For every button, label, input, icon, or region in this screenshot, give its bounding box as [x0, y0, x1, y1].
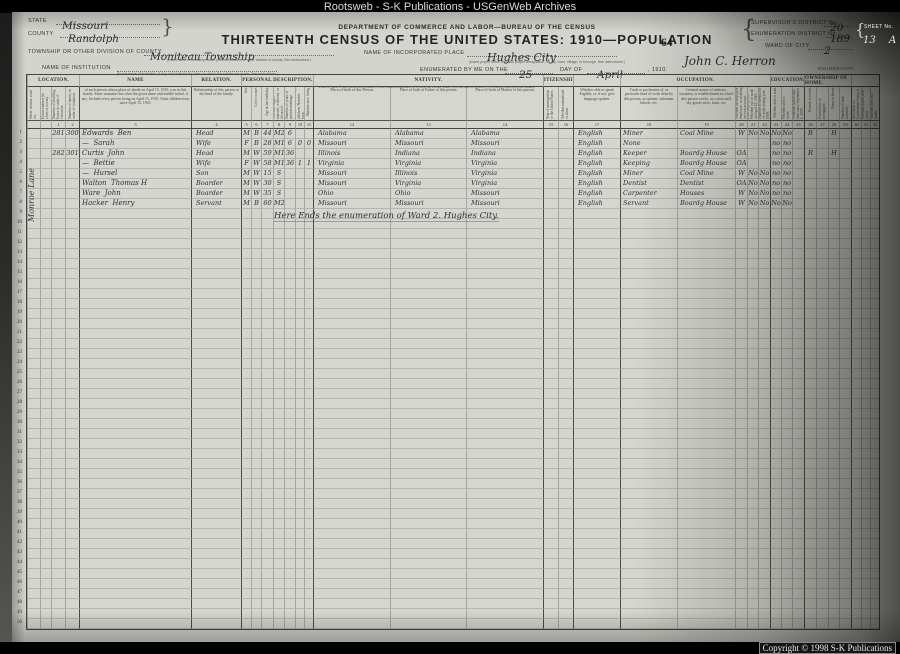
- cell: [65, 609, 79, 619]
- cell: [313, 449, 390, 459]
- cell: [573, 279, 620, 289]
- column-description: Whether a survivor of the Union or Confe…: [851, 87, 861, 121]
- row-number: 33: [12, 448, 24, 458]
- row-number: 39: [12, 508, 24, 518]
- cell: [770, 509, 781, 519]
- cell: [804, 489, 816, 499]
- cell: R: [804, 129, 816, 139]
- cell: [870, 609, 879, 619]
- cell: [870, 189, 879, 199]
- cell: [573, 319, 620, 329]
- cell: [284, 479, 295, 489]
- cell: [79, 429, 191, 439]
- cell: [51, 359, 65, 369]
- cell: [828, 309, 839, 319]
- cell: [816, 499, 828, 509]
- cell: M1: [273, 149, 284, 159]
- cell: [677, 509, 735, 519]
- cell: [781, 269, 792, 279]
- cell: [313, 459, 390, 469]
- cell: [27, 549, 40, 559]
- cell: Miner: [620, 169, 677, 179]
- cell: Ohio: [313, 189, 390, 199]
- cell: [792, 129, 804, 139]
- cell: [295, 589, 304, 599]
- cell: [191, 539, 241, 549]
- census-sheet: STATE Missouri COUNTY Randolph } TOWNSHI…: [12, 12, 900, 642]
- cell: [40, 349, 51, 359]
- cell: [241, 229, 251, 239]
- row-number: 15: [12, 268, 24, 278]
- left-block-brace: }: [161, 14, 174, 38]
- column-description: Number of family in order of visitation.: [65, 87, 79, 121]
- cell: [677, 359, 735, 369]
- cell: [40, 319, 51, 329]
- cell: [51, 379, 65, 389]
- row-number: 50: [12, 618, 24, 628]
- column-description: Farm or house.: [828, 87, 839, 121]
- cell: [40, 609, 51, 619]
- cell: [40, 599, 51, 609]
- cell: H: [828, 129, 839, 139]
- cell: [851, 259, 861, 269]
- cell: [620, 419, 677, 429]
- cell: English: [573, 129, 620, 139]
- cell: [804, 619, 816, 629]
- cell: [804, 459, 816, 469]
- cell: [284, 329, 295, 339]
- row-number: 11: [12, 228, 24, 238]
- cell: [735, 289, 747, 299]
- cell: [735, 379, 747, 389]
- cell: [870, 149, 879, 159]
- cell: [51, 179, 65, 189]
- cell: [770, 269, 781, 279]
- cell: [851, 419, 861, 429]
- cell: [261, 559, 273, 569]
- cell: [677, 599, 735, 609]
- cell: [304, 379, 313, 389]
- cell: [241, 489, 251, 499]
- cell: [390, 319, 466, 329]
- cell: [79, 239, 191, 249]
- cell: [284, 259, 295, 269]
- cell: [284, 169, 295, 179]
- cell: [573, 519, 620, 529]
- cell: [861, 349, 870, 359]
- cell: M: [241, 199, 251, 209]
- cell: [573, 449, 620, 459]
- cell: [466, 509, 543, 519]
- cell: [27, 319, 40, 329]
- cell: [51, 479, 65, 489]
- cell: [295, 419, 304, 429]
- ward-value: 2: [824, 45, 831, 57]
- cell: no: [781, 189, 792, 199]
- cell: English: [573, 189, 620, 199]
- cell: [295, 189, 304, 199]
- state-label: STATE: [28, 18, 47, 24]
- cell: [251, 259, 261, 269]
- cell: [273, 339, 284, 349]
- cell: [851, 549, 861, 559]
- cell: [677, 249, 735, 259]
- cell: [313, 619, 390, 629]
- cell: [620, 469, 677, 479]
- column-description: General nature of industry, business, or…: [677, 87, 735, 121]
- cell: [804, 159, 816, 169]
- row-number: 46: [12, 578, 24, 588]
- row-number: 42: [12, 538, 24, 548]
- cell: [747, 539, 758, 549]
- cell: [770, 319, 781, 329]
- cell: [839, 539, 851, 549]
- cell: [65, 519, 79, 529]
- cell: [870, 339, 879, 349]
- cell: [770, 599, 781, 609]
- cell: [747, 409, 758, 419]
- page-stamp: 64: [661, 37, 673, 49]
- cell: [816, 419, 828, 429]
- cell: [191, 259, 241, 269]
- cell: [870, 469, 879, 479]
- cell: [770, 349, 781, 359]
- cell: 282: [51, 149, 65, 159]
- cell: [851, 129, 861, 139]
- cell: [40, 259, 51, 269]
- cell: W: [251, 189, 261, 199]
- cell: [816, 219, 828, 229]
- cell: [804, 319, 816, 329]
- enumerated-month-field: April: [587, 64, 645, 74]
- cell: [870, 299, 879, 309]
- cell: [191, 399, 241, 409]
- cell: [27, 299, 40, 309]
- column-number: 23: [770, 121, 781, 129]
- cell: [770, 549, 781, 559]
- cell: [313, 569, 390, 579]
- cell: M: [241, 129, 251, 139]
- cell: [735, 399, 747, 409]
- cell: [816, 309, 828, 319]
- cell: [770, 519, 781, 529]
- column-group-header: OCCUPATION.: [620, 75, 770, 87]
- cell: [466, 269, 543, 279]
- cell: [816, 199, 828, 209]
- cell: [758, 359, 770, 369]
- cell: [251, 359, 261, 369]
- column-number: 3: [79, 121, 191, 129]
- cell: [781, 539, 792, 549]
- cell: [816, 179, 828, 189]
- cell: [40, 419, 51, 429]
- cell: [241, 549, 251, 559]
- cell: [620, 239, 677, 249]
- cell: [51, 199, 65, 209]
- cell: [816, 449, 828, 459]
- cell: [295, 309, 304, 319]
- cell: [261, 469, 273, 479]
- column-group-header: RELATION.: [191, 75, 241, 87]
- cell: F: [241, 159, 251, 169]
- cell: Keeper: [620, 149, 677, 159]
- cell: [792, 619, 804, 629]
- cell: [304, 299, 313, 309]
- place-field: Hughes City: [467, 47, 617, 57]
- cell: [284, 299, 295, 309]
- cell: [861, 529, 870, 539]
- cell: [620, 209, 677, 219]
- cell: [804, 419, 816, 429]
- cell: [839, 609, 851, 619]
- cell: [466, 299, 543, 309]
- cell: [466, 379, 543, 389]
- cell: [735, 459, 747, 469]
- cell: [839, 189, 851, 199]
- cell: 301: [65, 149, 79, 159]
- cell: [543, 499, 558, 509]
- cell: [839, 519, 851, 529]
- cell: W: [251, 159, 261, 169]
- cell: [735, 529, 747, 539]
- cell: [261, 599, 273, 609]
- cell: [851, 159, 861, 169]
- cell: [758, 339, 770, 349]
- cell: [40, 279, 51, 289]
- cell: [573, 579, 620, 589]
- cell: [828, 229, 839, 239]
- cell: [851, 319, 861, 329]
- cell: [677, 519, 735, 529]
- cell: [543, 239, 558, 249]
- cell: [273, 359, 284, 369]
- column-number: 19: [677, 121, 735, 129]
- cell: [620, 279, 677, 289]
- cell: [558, 229, 573, 239]
- cell: [828, 339, 839, 349]
- cell: no: [770, 139, 781, 149]
- cell: [313, 409, 390, 419]
- cell: [273, 249, 284, 259]
- cell: [251, 239, 261, 249]
- cell: [839, 249, 851, 259]
- cell: [781, 299, 792, 309]
- cell: [313, 539, 390, 549]
- cell: [390, 389, 466, 399]
- cell: [861, 169, 870, 179]
- cell: [191, 419, 241, 429]
- cell: [295, 239, 304, 249]
- cell: [273, 439, 284, 449]
- cell: [261, 349, 273, 359]
- cell: [65, 599, 79, 609]
- cell: [304, 409, 313, 419]
- cell: [40, 479, 51, 489]
- cell: W: [251, 179, 261, 189]
- cell: Indiana: [466, 149, 543, 159]
- cell: [65, 489, 79, 499]
- cell: [313, 559, 390, 569]
- cell: [304, 129, 313, 139]
- cell: [466, 579, 543, 589]
- cell: [861, 279, 870, 289]
- cell: [390, 269, 466, 279]
- cell: [677, 279, 735, 289]
- cell: M1: [273, 159, 284, 169]
- cell: [251, 529, 261, 539]
- cell: [851, 199, 861, 209]
- cell: [27, 589, 40, 599]
- cell: [273, 599, 284, 609]
- row-number: 1: [12, 128, 24, 138]
- cell: [27, 359, 40, 369]
- cell: [27, 569, 40, 579]
- column-description: Number of dwelling house in order of vis…: [51, 87, 65, 121]
- cell: [781, 379, 792, 389]
- cell: No: [758, 129, 770, 139]
- row-number: 6: [12, 178, 24, 188]
- cell: [677, 469, 735, 479]
- cell: [295, 379, 304, 389]
- cell: [677, 269, 735, 279]
- cell: [792, 599, 804, 609]
- cell: [792, 209, 804, 219]
- cell: [677, 379, 735, 389]
- cell: [295, 599, 304, 609]
- cell: [40, 469, 51, 479]
- cell: [390, 229, 466, 239]
- cell: [804, 519, 816, 529]
- row-number: 7: [12, 188, 24, 198]
- cell: [466, 499, 543, 509]
- cell: [304, 169, 313, 179]
- cell: [261, 549, 273, 559]
- column-group-header: EDUCATION.: [770, 75, 804, 87]
- cell: [466, 549, 543, 559]
- cell: [390, 329, 466, 339]
- cell: [304, 189, 313, 199]
- row-number: 31: [12, 428, 24, 438]
- cell: [870, 509, 879, 519]
- cell: [677, 219, 735, 229]
- column-group-header: CITIZENSHIP.: [543, 75, 573, 87]
- cell: [273, 459, 284, 469]
- cell: [543, 129, 558, 139]
- cell: [839, 349, 851, 359]
- cell: [735, 519, 747, 529]
- column-group-header: NAME: [79, 75, 191, 87]
- cell: Missouri: [390, 139, 466, 149]
- cell: [543, 469, 558, 479]
- cell: [747, 259, 758, 269]
- cell: [861, 309, 870, 319]
- cell: [273, 389, 284, 399]
- cell: [51, 169, 65, 179]
- cell: [735, 469, 747, 479]
- column-number: 27: [816, 121, 828, 129]
- cell: [313, 279, 390, 289]
- cell: [251, 499, 261, 509]
- cell: [851, 529, 861, 539]
- row-number: 28: [12, 398, 24, 408]
- cell: [770, 209, 781, 219]
- cell: [241, 219, 251, 229]
- cell: [781, 589, 792, 599]
- cell: M2: [273, 129, 284, 139]
- cell: [273, 559, 284, 569]
- cell: [65, 619, 79, 629]
- cell: [273, 569, 284, 579]
- cell: [839, 229, 851, 239]
- cell: [792, 529, 804, 539]
- cell: [620, 389, 677, 399]
- cell: [573, 259, 620, 269]
- cell: [870, 379, 879, 389]
- cell: [839, 429, 851, 439]
- cell: [241, 249, 251, 259]
- cell: [295, 129, 304, 139]
- cell: [747, 609, 758, 619]
- cell: [304, 389, 313, 399]
- column-description: Street, avenue, road, etc.: [27, 87, 40, 121]
- cell: [304, 259, 313, 269]
- cell: [770, 399, 781, 409]
- cell: [735, 209, 747, 219]
- cell: [40, 499, 51, 509]
- cell: [558, 589, 573, 599]
- cell: [40, 549, 51, 559]
- cell: [543, 509, 558, 519]
- cell: [79, 399, 191, 409]
- cell: [870, 559, 879, 569]
- cell: [273, 399, 284, 409]
- cell: [79, 589, 191, 599]
- cell: [804, 509, 816, 519]
- cell: [40, 129, 51, 139]
- column-number: 1: [51, 121, 65, 129]
- cell: [781, 229, 792, 239]
- cell: [313, 489, 390, 499]
- cell: [558, 339, 573, 349]
- cell: [828, 239, 839, 249]
- cell: [781, 409, 792, 419]
- cell: [65, 369, 79, 379]
- cell: [758, 149, 770, 159]
- cell: [677, 559, 735, 569]
- cell: [870, 539, 879, 549]
- cell: 1: [295, 159, 304, 169]
- cell: [781, 489, 792, 499]
- cell: [828, 159, 839, 169]
- cell: None: [620, 139, 677, 149]
- cell: [839, 319, 851, 329]
- cell: [758, 409, 770, 419]
- cell: [758, 249, 770, 259]
- cell: [558, 399, 573, 409]
- cell: [851, 469, 861, 479]
- cell: [284, 409, 295, 419]
- cell: [816, 189, 828, 199]
- cell: [851, 349, 861, 359]
- cell: [261, 499, 273, 509]
- cell: [251, 519, 261, 529]
- cell: [304, 539, 313, 549]
- column-number: 17: [573, 121, 620, 129]
- cell: [804, 289, 816, 299]
- row-number: 16: [12, 278, 24, 288]
- cell: [51, 159, 65, 169]
- cell: [261, 309, 273, 319]
